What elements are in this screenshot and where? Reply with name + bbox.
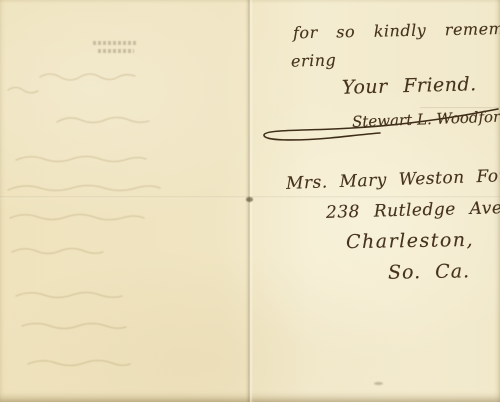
body-line-2: ering [291, 50, 337, 70]
handwriting-bleedthrough [0, 0, 250, 402]
address-line-3: Charleston, [346, 229, 474, 253]
closing-line: Your Friend. [342, 73, 477, 99]
letter-scan: for so kindly rememb- ering Your Friend.… [0, 0, 500, 402]
left-page [0, 0, 250, 402]
address-line-4: So. Ca. [388, 260, 470, 283]
